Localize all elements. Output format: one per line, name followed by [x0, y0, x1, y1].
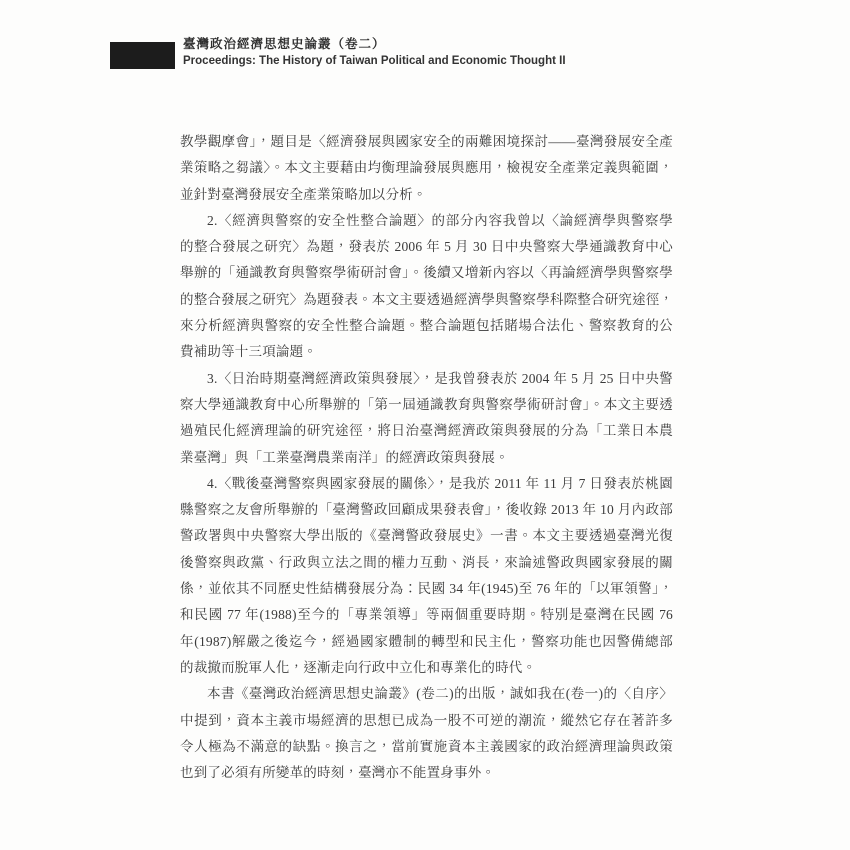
text-line: 察大學通識教育中心所舉辦的「第一屆通識教育與警察學術研討會」。本文主要透	[180, 392, 673, 418]
page-header: 臺灣政治經濟思想史論叢（卷二） Proceedings: The History…	[110, 36, 566, 69]
text-line: 令人極為不滿意的缺點。換言之，當前實施資本主義國家的政治經濟理論與政策	[180, 734, 673, 760]
text-line: 係，並依其不同歷史性結構發展分為：民國 34 年(1945)至 76 年的「以軍…	[180, 576, 673, 602]
body-text-block: 教學觀摩會」，題目是〈經濟發展與國家安全的兩難困境探討——臺灣發展安全產 業策略…	[180, 129, 673, 786]
text-line: 並針對臺灣發展安全產業策略加以分析。	[180, 182, 673, 208]
text-line: 過殖民化經濟理論的研究途徑，將日治臺灣經濟政策與發展的分為「工業日本農	[180, 418, 673, 444]
text-line: 費補助等十三項論題。	[180, 339, 673, 365]
text-line: 舉辦的「通識教育與警察學術研討會」。後續又增新內容以〈再論經濟學與警察學	[180, 260, 673, 286]
text-line: 業策略之芻議〉。本文主要藉由均衡理論發展與應用，檢視安全產業定義與範圍，	[180, 155, 673, 181]
text-line: 的整合發展之研究〉為題，發表於 2006 年 5 月 30 日中央警察大學通識教…	[180, 234, 673, 260]
text-line: 本書《臺灣政治經濟思想史論叢》(卷二)的出版，誠如我在(卷一)的〈自序〉	[180, 681, 673, 707]
text-line: 也到了必須有所變革的時刻，臺灣亦不能置身事外。	[180, 760, 673, 786]
text-line: 縣警察之友會所舉辦的「臺灣警政回顧成果發表會」，後收錄 2013 年 10 月內…	[180, 497, 673, 523]
text-line: 後警察與政黨、行政與立法之間的權力互動、消長，來論述警政與國家發展的關	[180, 550, 673, 576]
running-head: 臺灣政治經濟思想史論叢（卷二） Proceedings: The History…	[183, 36, 566, 69]
book-title-english: Proceedings: The History of Taiwan Polit…	[183, 54, 566, 69]
publisher-logo-block	[110, 42, 175, 69]
text-line: 和民國 77 年(1988)至今的「專業領導」等兩個重要時期。特別是臺灣在民國 …	[180, 602, 673, 628]
book-page: 臺灣政治經濟思想史論叢（卷二） Proceedings: The History…	[0, 0, 850, 850]
text-line: 的裁撤而脫軍人化，逐漸走向行政中立化和專業化的時代。	[180, 655, 673, 681]
text-line: 來分析經濟與警察的安全性整合論題。整合論題包括賭場合法化、警察教育的公	[180, 313, 673, 339]
text-line: 業臺灣」與「工業臺灣農業南洋」的經濟政策與發展。	[180, 445, 673, 471]
text-line: 教學觀摩會」，題目是〈經濟發展與國家安全的兩難困境探討——臺灣發展安全產	[180, 129, 673, 155]
text-line: 3.〈日治時期臺灣經濟政策與發展〉，是我曾發表於 2004 年 5 月 25 日…	[180, 366, 673, 392]
text-line: 的整合發展之研究〉為題發表。本文主要透過經濟學與警察學科際整合研究途徑，	[180, 287, 673, 313]
text-line: 2.〈經濟與警察的安全性整合論題〉的部分內容我曾以〈論經濟學與警察學	[180, 208, 673, 234]
text-line: 中提到，資本主義市場經濟的思想已成為一股不可逆的潮流，縱然它存在著許多	[180, 708, 673, 734]
text-line: 4.〈戰後臺灣警察與國家發展的關係〉，是我於 2011 年 11 月 7 日發表…	[180, 471, 673, 497]
text-line: 警政署與中央警察大學出版的《臺灣警政發展史》一書。本文主要透過臺灣光復	[180, 523, 673, 549]
text-line: 年(1987)解嚴之後迄今，經過國家體制的轉型和民主化，警察功能也因警備總部	[180, 629, 673, 655]
book-title-chinese: 臺灣政治經濟思想史論叢（卷二）	[183, 36, 566, 52]
